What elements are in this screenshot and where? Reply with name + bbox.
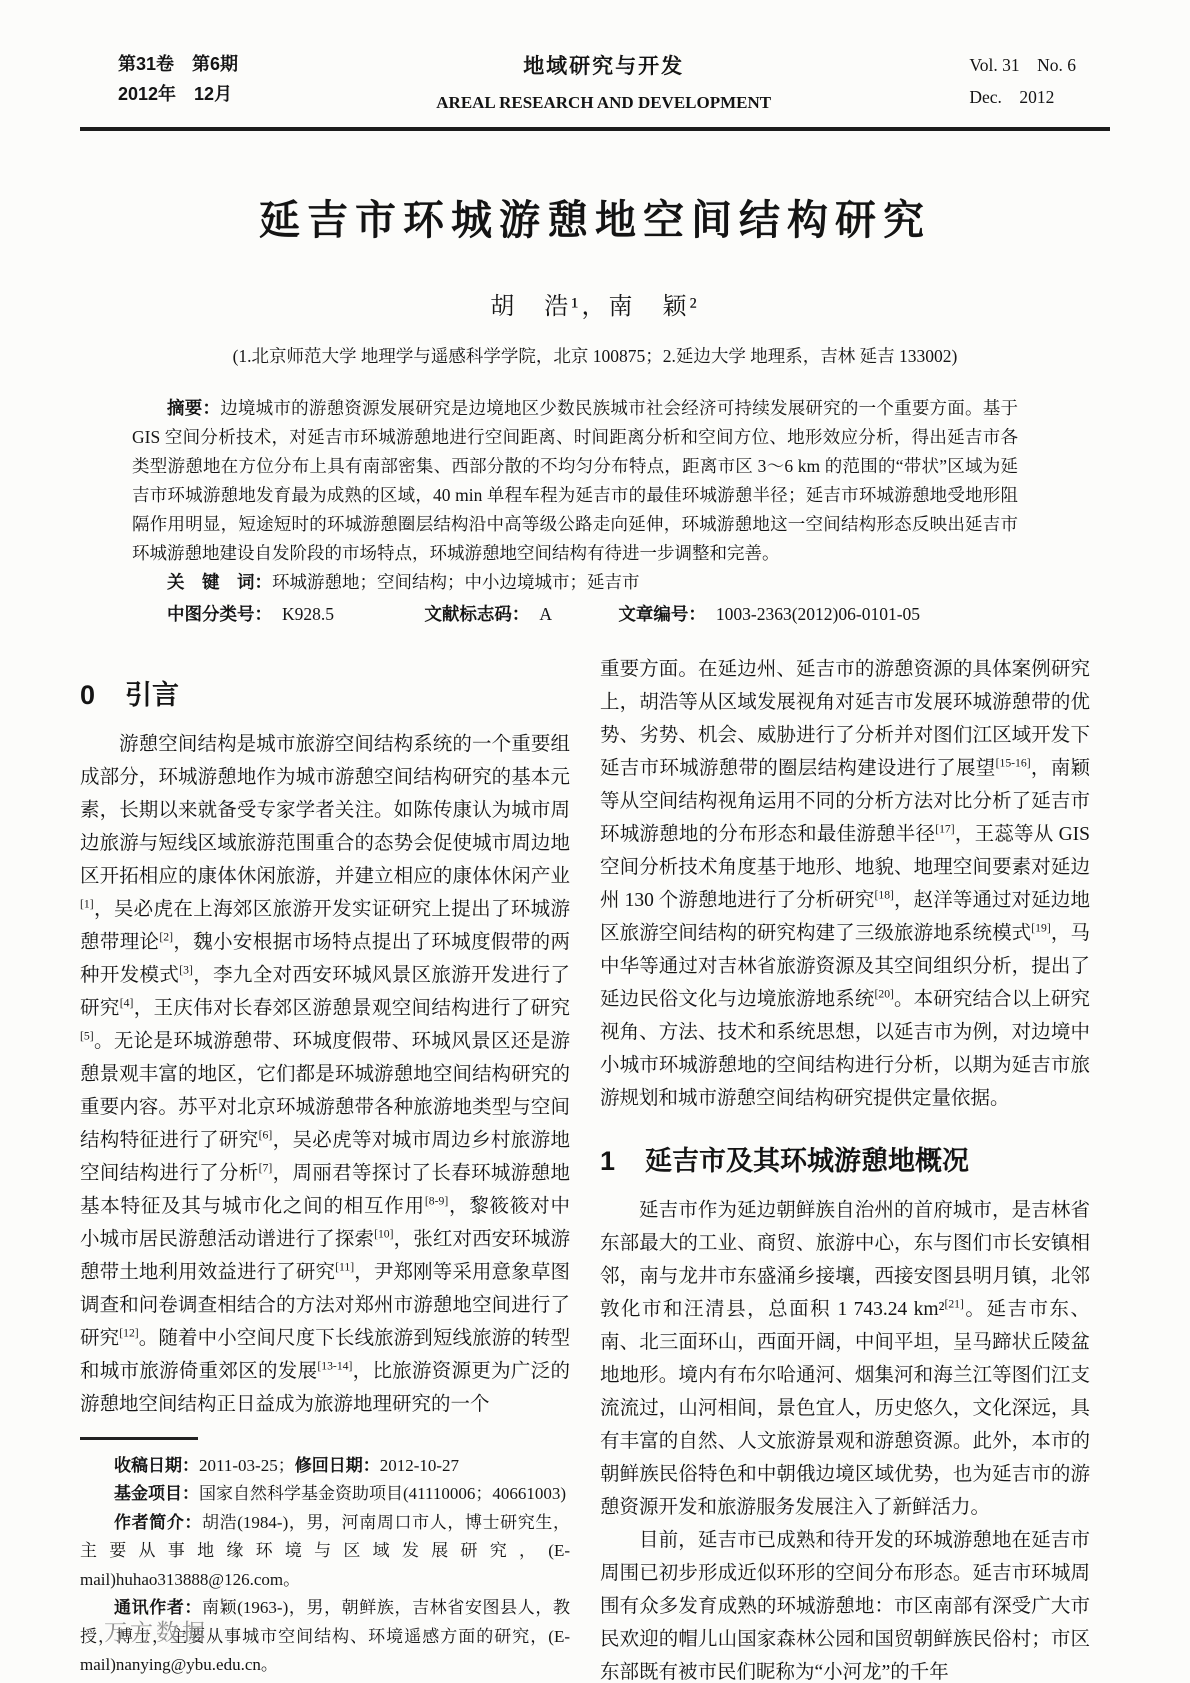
doc-code-value: A bbox=[539, 604, 552, 624]
keywords-text: 环城游憩地；空间结构；中小边境城市；延吉市 bbox=[272, 572, 640, 592]
section-1-number: 1 bbox=[600, 1146, 615, 1176]
revised-value: 2012-10-27 bbox=[380, 1456, 459, 1475]
classification-line: 中图分类号：K928.5 文献标志码：A 文章编号：1003-2363(2012… bbox=[132, 600, 1018, 629]
volume-issue-cn: 第31卷 第6期 bbox=[118, 50, 238, 80]
section-0-number: 0 bbox=[80, 680, 95, 710]
section-0-paragraph-right: 重要方面。在延边州、延吉市的游憩资源的具体案例研究上，胡浩等从区域发展视角对延吉… bbox=[600, 653, 1090, 1115]
clc-label: 中图分类号： bbox=[167, 604, 272, 624]
abstract-text: 边境城市的游憩资源发展研究是边境地区少数民族城市社会经济可持续发展研究的一个重要… bbox=[132, 398, 1018, 563]
header-volume-issue-en: Vol. 31 No. 6 Dec. 2012 bbox=[969, 50, 1076, 113]
keywords: 关 键 词：环城游憩地；空间结构；中小边境城市；延吉市 bbox=[132, 568, 1018, 597]
section-1-heading: 1延吉市及其环城游憩地概况 bbox=[600, 1145, 1090, 1178]
article-title: 延吉市环城游憩地空间结构研究 bbox=[80, 187, 1110, 246]
bio-label: 作者简介： bbox=[114, 1513, 202, 1532]
body-columns: 0引言 游憩空间结构是城市旅游空间结构系统的一个重要组成部分，环城游憩地作为城市… bbox=[80, 653, 1110, 1683]
date-cn: 2012年 12月 bbox=[118, 80, 238, 110]
section-1-paragraph-2: 目前，延吉市已成熟和待开发的环城游憩地在延吉市周围已初步形成近似环形的空间分布形… bbox=[600, 1524, 1090, 1683]
footnote-fund: 基金项目：国家自然科学基金资助项目(41110006；40661003) bbox=[80, 1480, 570, 1509]
journal-name-en: AREAL RESEARCH AND DEVELOPMENT bbox=[436, 89, 771, 117]
clc-pair: 中图分类号：K928.5 bbox=[167, 604, 334, 624]
article-id-pair: 文章编号：1003-2363(2012)06-0101-05 bbox=[618, 604, 920, 624]
journal-name-cn: 地域研究与开发 bbox=[436, 50, 771, 85]
revised-label: 修回日期： bbox=[295, 1456, 380, 1475]
section-0-title: 引言 bbox=[125, 680, 179, 710]
header-volume-issue: 第31卷 第6期 2012年 12月 bbox=[118, 50, 238, 109]
right-column: 重要方面。在延边州、延吉市的游憩资源的具体案例研究上，胡浩等从区域发展视角对延吉… bbox=[600, 653, 1090, 1683]
date-en: Dec. 2012 bbox=[969, 82, 1076, 114]
article-affiliation: (1.北京师范大学 地理学与遥感科学学院，北京 100875；2.延边大学 地理… bbox=[80, 343, 1110, 368]
abstract: 摘要：边境城市的游憩资源发展研究是边境地区少数民族城市社会经济可持续发展研究的一… bbox=[132, 394, 1018, 568]
fund-value: 国家自然科学基金资助项目(41110006；40661003) bbox=[199, 1484, 566, 1503]
footnote-divider bbox=[80, 1437, 198, 1440]
journal-header: 第31卷 第6期 2012年 12月 地域研究与开发 AREAL RESEARC… bbox=[80, 50, 1110, 117]
clc-value: K928.5 bbox=[282, 604, 334, 624]
received-value: 2011-03-25； bbox=[199, 1456, 295, 1475]
section-1-paragraph-1: 延吉市作为延边朝鲜族自治州的首府城市，是吉林省东部最大的工业、商贸、旅游中心，东… bbox=[600, 1194, 1090, 1524]
footnote-author-bio: 作者简介：胡浩(1984-)，男，河南周口市人，博士研究生，主要从事地缘环境与区… bbox=[80, 1509, 570, 1595]
section-1-title: 延吉市及其环城游憩地概况 bbox=[645, 1146, 969, 1176]
left-column: 0引言 游憩空间结构是城市旅游空间结构系统的一个重要组成部分，环城游憩地作为城市… bbox=[80, 653, 570, 1683]
doc-code-pair: 文献标志码：A bbox=[424, 604, 552, 624]
footnote-dates: 收稿日期：2011-03-25；修回日期：2012-10-27 bbox=[80, 1452, 570, 1481]
wanfang-watermark: 万方数据 bbox=[104, 1614, 208, 1647]
fund-label: 基金项目： bbox=[114, 1484, 199, 1503]
journal-name: 地域研究与开发 AREAL RESEARCH AND DEVELOPMENT bbox=[436, 50, 771, 117]
section-0-heading: 0引言 bbox=[80, 679, 570, 712]
doc-code-label: 文献标志码： bbox=[424, 604, 529, 624]
article-authors: 胡 浩¹，南 颖² bbox=[80, 286, 1110, 321]
received-label: 收稿日期： bbox=[114, 1456, 199, 1475]
article-id-value: 1003-2363(2012)06-0101-05 bbox=[716, 604, 920, 624]
journal-page: 第31卷 第6期 2012年 12月 地域研究与开发 AREAL RESEARC… bbox=[0, 0, 1190, 1683]
article-id-label: 文章编号： bbox=[618, 604, 706, 624]
keywords-label: 关 键 词： bbox=[167, 572, 272, 592]
abstract-label: 摘要： bbox=[167, 398, 220, 418]
article-meta: 摘要：边境城市的游憩资源发展研究是边境地区少数民族城市社会经济可持续发展研究的一… bbox=[132, 394, 1018, 629]
volume-issue-en: Vol. 31 No. 6 bbox=[969, 50, 1076, 82]
header-divider bbox=[80, 127, 1110, 131]
section-0-paragraph-left: 游憩空间结构是城市旅游空间结构系统的一个重要组成部分，环城游憩地作为城市游憩空间… bbox=[80, 728, 570, 1421]
